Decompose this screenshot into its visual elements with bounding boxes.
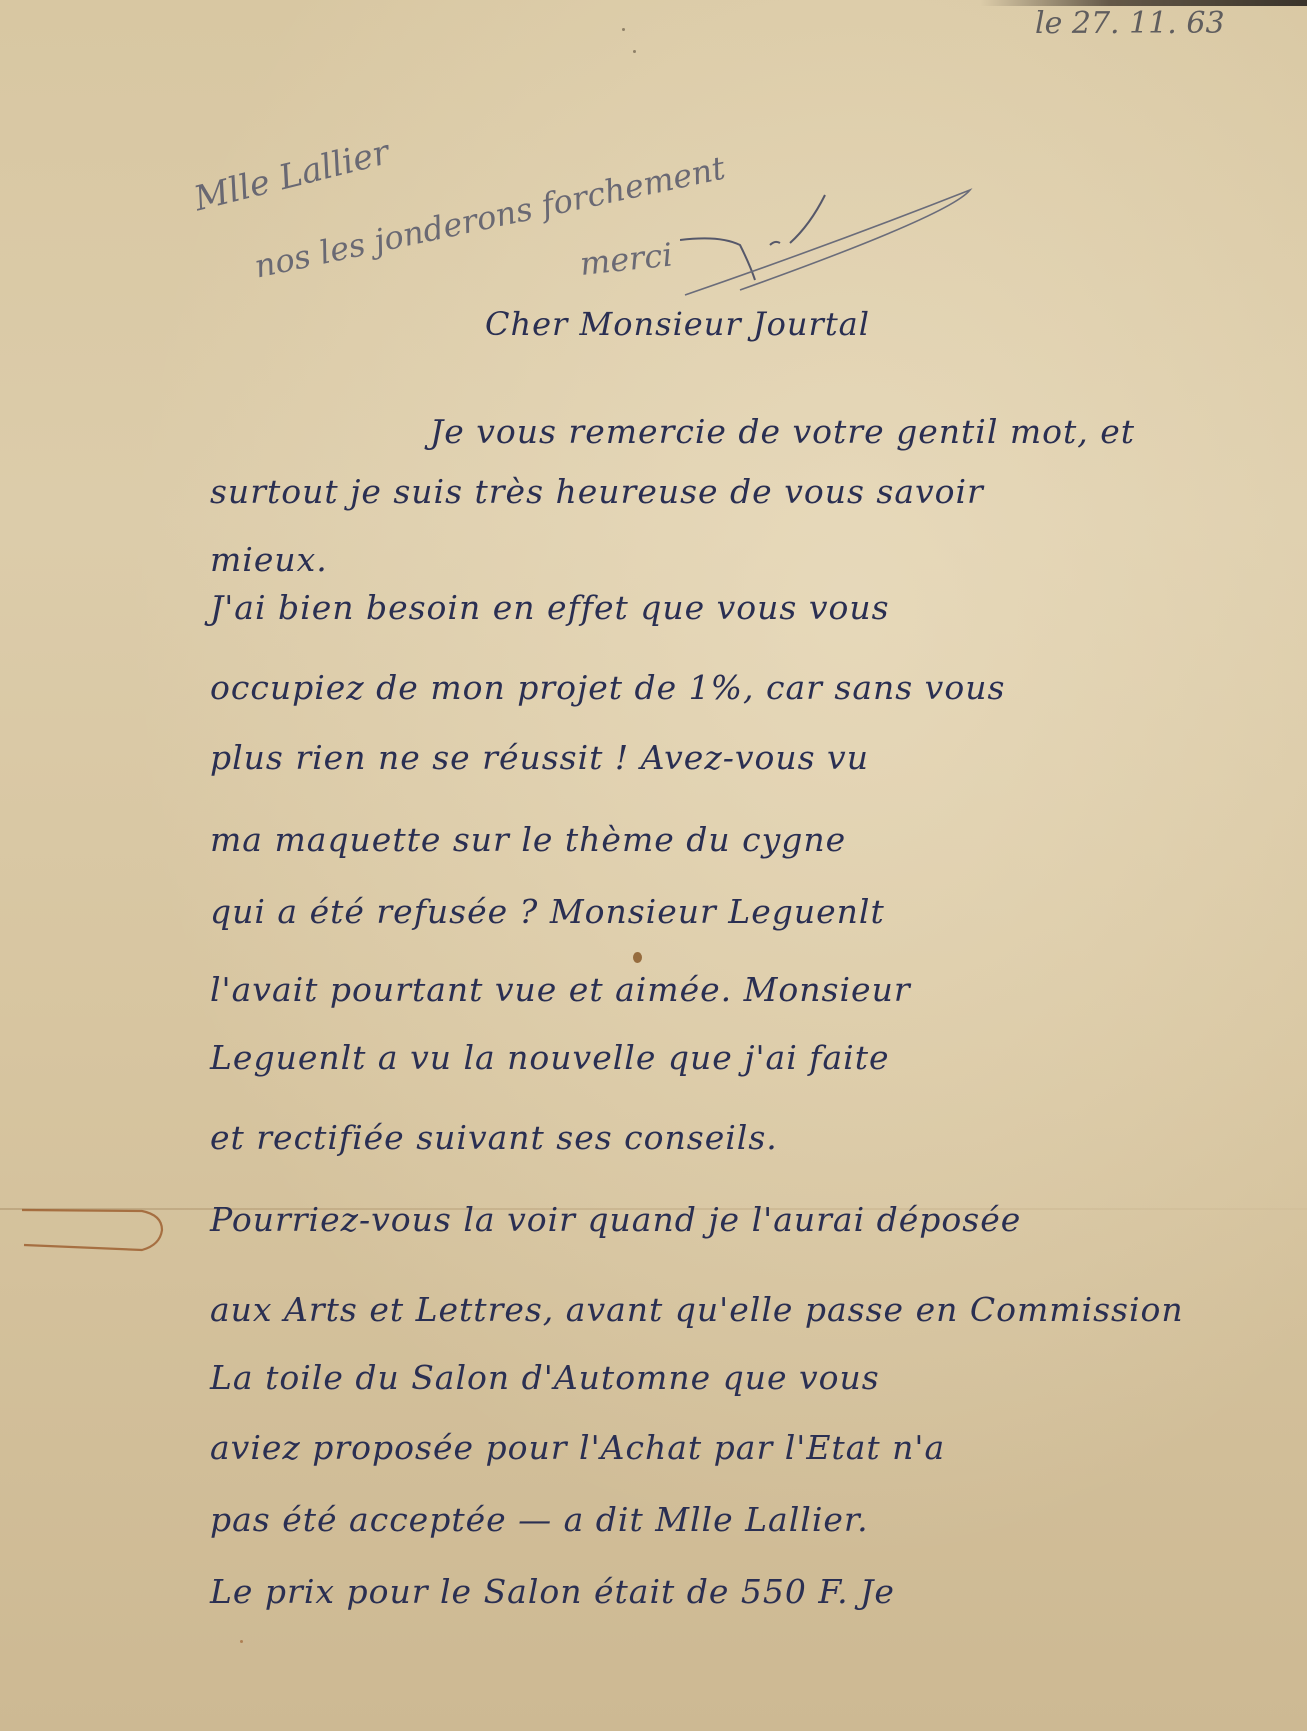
body-line-10: Leguenlt a vu la nouvelle que j'ai faite xyxy=(210,1038,890,1077)
paper-speck xyxy=(622,28,625,31)
pencil-signature-flourish-icon xyxy=(680,185,980,305)
letter-page: le 27. 11. 63 Mlle Lallier nos les jonde… xyxy=(0,0,1307,1731)
body-line-17: Le prix pour le Salon était de 550 F. Je xyxy=(210,1572,895,1611)
paper-speck xyxy=(633,50,636,53)
body-line-6: plus rien ne se réussit ! Avez-vous vu xyxy=(210,738,869,777)
body-line-15: aviez proposée pour l'Achat par l'Etat n… xyxy=(210,1428,945,1467)
paper-speck xyxy=(240,1640,243,1643)
body-line-5: occupiez de mon projet de 1%, car sans v… xyxy=(210,668,1005,707)
body-line-11: et rectifiée suivant ses conseils. xyxy=(210,1118,778,1157)
salutation: Cher Monsieur Jourtal xyxy=(485,305,870,343)
body-line-13: aux Arts et Lettres, avant qu'elle passe… xyxy=(210,1290,1184,1329)
pencil-annotation-line-3: merci xyxy=(578,235,674,282)
ink-spot xyxy=(633,952,642,963)
letter-date: le 27. 11. 63 xyxy=(1035,6,1225,41)
body-line-1: Je vous remercie de votre gentil mot, et xyxy=(430,412,1135,451)
body-line-2: surtout je suis très heureuse de vous sa… xyxy=(210,472,984,511)
body-line-16: pas été acceptée — a dit Mlle Lallier. xyxy=(210,1500,869,1539)
body-line-14: La toile du Salon d'Automne que vous xyxy=(210,1358,880,1397)
body-line-9: l'avait pourtant vue et aimée. Monsieur xyxy=(210,970,911,1009)
body-line-7: ma maquette sur le thème du cygne xyxy=(210,820,846,859)
body-line-8: qui a été refusée ? Monsieur Leguenlt xyxy=(210,892,885,931)
body-line-4: J'ai bien besoin en effet que vous vous xyxy=(210,588,890,627)
pencil-annotation-line-1: Mlle Lallier xyxy=(190,132,393,219)
rust-paperclip-stain-icon xyxy=(22,1205,167,1255)
body-line-3: mieux. xyxy=(210,540,328,579)
body-line-12: Pourriez-vous la voir quand je l'aurai d… xyxy=(210,1200,1021,1239)
